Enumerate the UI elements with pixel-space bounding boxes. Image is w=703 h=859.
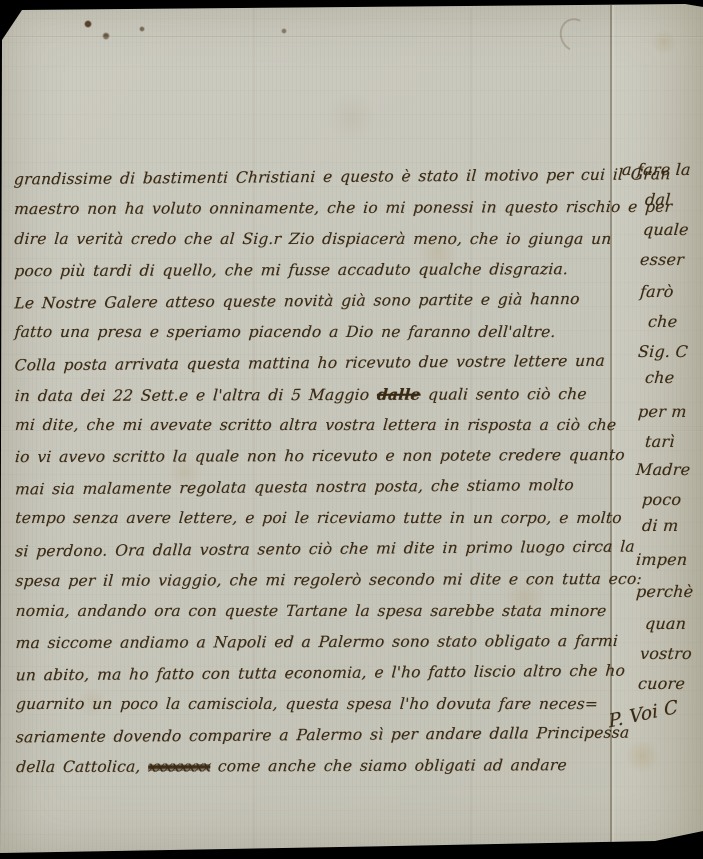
facing-page-fragment: che: [647, 312, 678, 331]
letter-line: spesa per il mio viaggio, che mi regoler…: [14, 564, 616, 597]
letter-body: grandissime di bastimenti Christiani e q…: [14, 161, 616, 783]
ink-bleedthrough-mark: [555, 14, 595, 56]
letter-line-segment: in data dei 22 Sett.e e l'altra di 5 Mag…: [14, 386, 377, 405]
letter-line: mai sia malamente regolata questa nostra…: [14, 470, 616, 506]
letter-line: un abito, ma ho fatto con tutta economia…: [15, 656, 617, 692]
facing-page-fragment: vostro: [639, 644, 692, 663]
letter-line: mi dite, che mi avevate scritto altra vo…: [14, 410, 616, 441]
letter-line: grandissime di bastimenti Christiani e q…: [13, 160, 615, 196]
letter-line-segment: quali sento ciò che: [420, 385, 587, 404]
scan-background: grandissime di bastimenti Christiani e q…: [0, 0, 703, 859]
facing-page-fragment: poco: [641, 490, 682, 509]
letter-line-segment: della Cattolica,: [15, 758, 148, 776]
letter-line: della Cattolica, xxxxxxxx come anche che…: [15, 750, 617, 783]
facing-page-fragment: a fare la: [621, 160, 691, 179]
letter-line: maestro non ha voluto onninamente, che i…: [13, 192, 615, 225]
letter-line: ma siccome andiamo a Napoli ed a Palermo…: [15, 626, 617, 659]
facing-page-fragment: quale: [642, 220, 689, 239]
facing-page-fragment: tarì: [644, 432, 675, 451]
facing-page-fragment: perchè: [635, 582, 694, 601]
letter-line-segment: come anche che siamo obligati ad andare: [210, 756, 568, 775]
facing-page-fragment: Sig. C: [637, 342, 688, 361]
facing-page-fragment: di m: [641, 516, 679, 535]
facing-page-fragment: esser: [639, 250, 684, 269]
letter-line: poco più tardi di quello, che mi fusse a…: [13, 254, 615, 287]
letter-page: grandissime di bastimenti Christiani e q…: [0, 0, 703, 859]
facing-page-fragment: impen: [635, 550, 688, 569]
facing-page-fragment: dal: [644, 190, 671, 209]
facing-page-fragment: Madre: [635, 460, 691, 479]
facing-page-fragment: farò: [639, 282, 674, 301]
letter-line: tempo senza avere lettere, e poi le rice…: [14, 503, 616, 534]
letter-line: sariamente dovendo comparire a Palermo s…: [15, 718, 617, 754]
facing-page-fragment: cuore: [637, 674, 685, 693]
letter-line: nomia, andando ora con queste Tartane la…: [14, 596, 616, 627]
facing-page-fragment: che: [644, 368, 675, 387]
letter-line: dire la verità credo che al Sig.r Zio di…: [13, 224, 615, 255]
facing-page-fragment: per m: [637, 402, 687, 421]
letter-line: fatto una presa e speriamo piacendo a Di…: [14, 317, 616, 348]
letter-line: Le Nostre Galere atteso queste novità gi…: [13, 284, 615, 320]
scribbled-out-word: xxxxxxxx: [148, 757, 211, 775]
letter-line: io vi avevo scritto la quale non ho rice…: [14, 440, 616, 473]
letter-line: guarnito un poco la camisciola, questa s…: [15, 689, 617, 720]
letter-line: Colla posta arrivata questa mattina ho r…: [14, 346, 616, 382]
facing-page-fragment: quan: [644, 614, 687, 633]
struck-word: dalle: [376, 385, 421, 404]
letter-line: in data dei 22 Sett.e e l'altra di 5 Mag…: [14, 378, 616, 411]
letter-line: si perdono. Ora dalla vostra sento ciò c…: [14, 532, 616, 568]
horizontal-fold-crease: [0, 36, 703, 38]
